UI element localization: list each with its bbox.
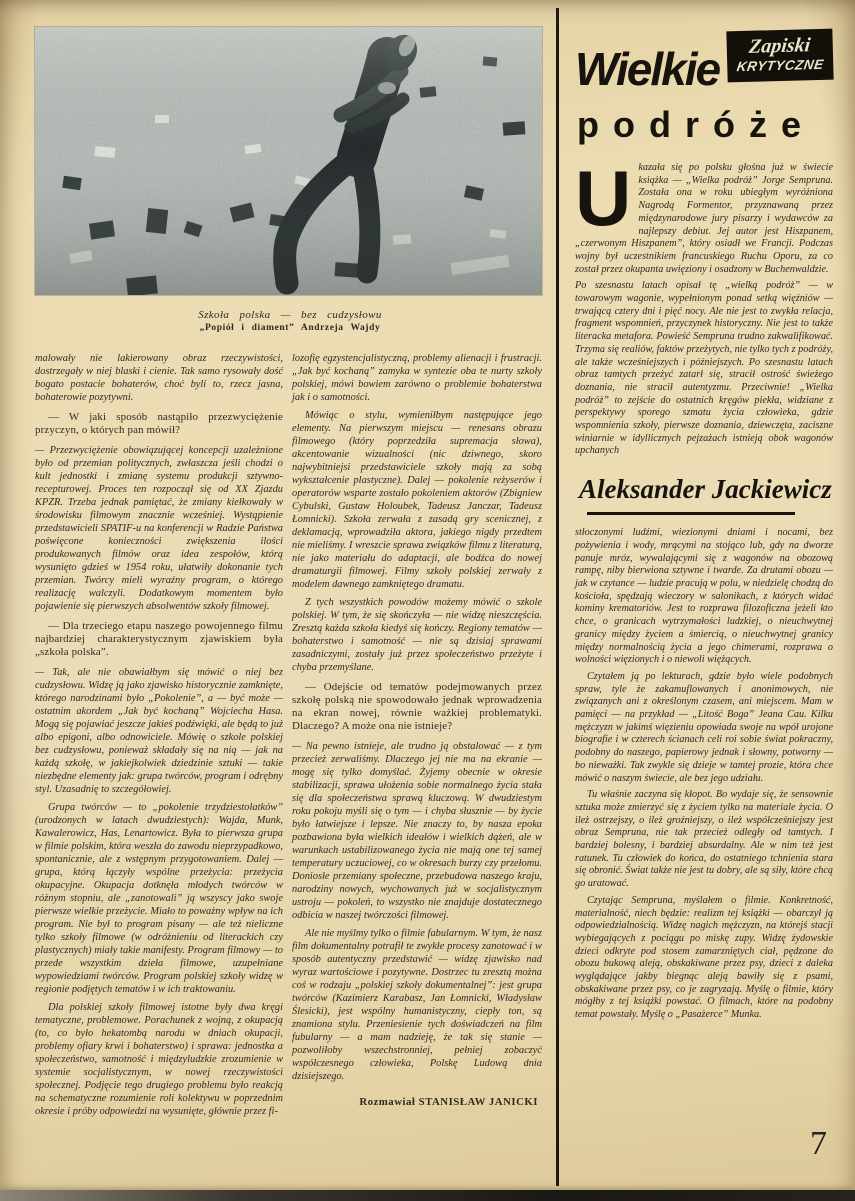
interview-paragraph: Mówiąc o stylu, wymieniłbym następujące …: [292, 409, 542, 591]
interview-paragraph: Ale nie myślmy tylko o filmie fabularnym…: [292, 927, 542, 1083]
review-section: Wielkie Zapiski KRYTYCZNE podróże Ukazał…: [575, 30, 833, 1026]
review-title-word1: Wielkie: [575, 46, 719, 92]
author-underline: [587, 512, 795, 515]
review-paragraph: Czytałem ją po lekturach, gdzie było wie…: [575, 671, 833, 785]
interview-paragraph: malowały nie lakierowany obraz rzeczywis…: [35, 352, 283, 404]
interview-paragraph: — Przezwyciężenie obowiązującej koncepcj…: [35, 444, 283, 613]
review-author: Aleksander Jackiewicz: [579, 474, 833, 504]
scan-edge-bottom: [0, 1190, 855, 1201]
interview-question: — Odejście od tematów podejmowanych prze…: [292, 681, 542, 733]
interview-paragraph: — Na pewno istnieje, ale trudno ją obsta…: [292, 740, 542, 922]
interview-paragraph: Grupa twórców — to „pokolenie trzydziest…: [35, 801, 283, 996]
page-number: 7: [810, 1127, 827, 1161]
film-still-illustration: [35, 27, 542, 295]
interview-paragraph: Z tych wszystkich powodów możemy mówić o…: [292, 596, 542, 674]
magazine-page: Szkoła polska — bez cudzysłowu „Popiół i…: [0, 0, 855, 1201]
review-paragraph: Po szesnastu latach opisał tę „wielką po…: [575, 280, 833, 458]
interview-paragraph: Dla polskiej szkoły filmowej istotne był…: [35, 1001, 283, 1118]
review-paragraph: Ukazała się po polsku głośna już w świec…: [575, 162, 833, 276]
badge-line2: KRYTYCZNE: [735, 58, 825, 74]
badge-line1: Zapiski: [735, 35, 825, 57]
photo-caption-line1: Szkoła polska — bez cudzysłowu: [60, 308, 520, 322]
critical-notes-badge: Zapiski KRYTYCZNE: [726, 29, 833, 83]
review-paragraph: Czytając Sempruna, myślałem o filmie. Ko…: [575, 895, 833, 1022]
photo-caption: Szkoła polska — bez cudzysłowu „Popiół i…: [60, 308, 520, 335]
film-still-photo: [35, 27, 542, 295]
review-paragraph: stłoczonymi ludźmi, wiezionymi dniami i …: [575, 527, 833, 667]
review-title-word2: podróże: [577, 106, 833, 144]
interview-column-1: malowały nie lakierowany obraz rzeczywis…: [35, 352, 283, 1123]
photo-caption-line2: „Popiół i diament” Andrzeja Wajdy: [60, 322, 520, 335]
column-divider: [556, 8, 559, 1186]
drop-cap: U: [575, 162, 638, 229]
interview-question: — W jaki sposób nastąpiło przezwyciężeni…: [35, 411, 283, 437]
interview-question: — Dla trzeciego etapu naszego powojenneg…: [35, 620, 283, 659]
interview-paragraph: lozofię egzystencjalistyczną, problemy a…: [292, 352, 542, 404]
interview-column-2: lozofię egzystencjalistyczną, problemy a…: [292, 352, 542, 1109]
review-paragraph: Tu właśnie zaczyna się kłopot. Bo wydaje…: [575, 789, 833, 891]
interview-paragraph: — Tak, ale nie obawiałbym się mówić o ni…: [35, 666, 283, 796]
review-header: Wielkie Zapiski KRYTYCZNE: [575, 30, 833, 92]
interview-byline: Rozmawiał STANISŁAW JANICKI: [292, 1095, 542, 1109]
